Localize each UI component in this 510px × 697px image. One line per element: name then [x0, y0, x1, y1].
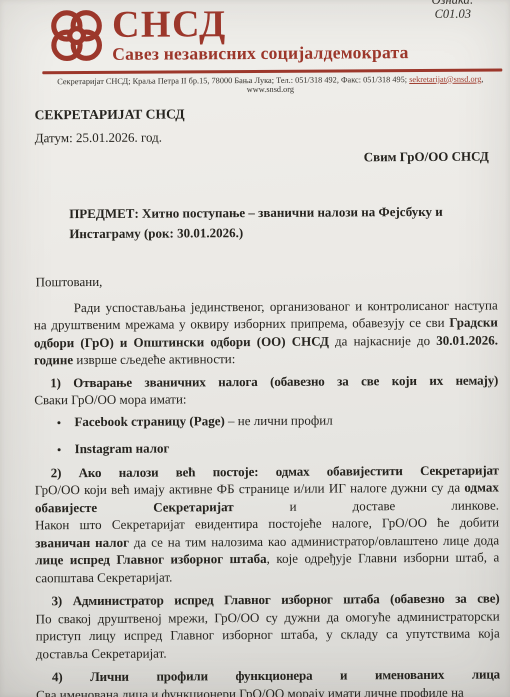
snsd-flower-logo-icon — [48, 7, 105, 64]
section-2-paragraph-2: Након што Секретаријат евидентира постој… — [35, 514, 499, 587]
intro-paragraph: Ради успостављања јединственог, организо… — [34, 296, 498, 369]
list-item-instagram-account: Instagram налог — [71, 438, 499, 458]
date-line: Датум: 25.01.2026. год. — [35, 127, 509, 147]
reference-value: С01.03 — [432, 7, 474, 21]
reference-code: Ознака: С01.03 — [432, 0, 474, 21]
contact-text-suffix: , — [481, 74, 483, 83]
recipient-line: Свим ГрО/ОО СНСД — [0, 147, 489, 167]
letter-sheet: Ознака: С01.03 СНСД Савез независних соц… — [0, 0, 510, 697]
department-title: СЕКРЕТАРИЈАТ СНСД — [35, 103, 509, 123]
list-item-facebook-page: Facebook страницу (Page) – не лични проф… — [70, 410, 498, 430]
salutation: Поштовани, — [36, 271, 510, 291]
required-accounts-list: Facebook страницу (Page) – не лични проф… — [34, 410, 498, 458]
header-divider — [42, 68, 502, 73]
section-4-paragraph: Сва именована лица и функционери ГрО/ОО … — [36, 683, 500, 697]
org-acronym: СНСД — [112, 5, 409, 43]
subject-line: ПРЕДМЕТ: Хитно поступање – званични нало… — [69, 202, 471, 243]
letterhead-text: СНСД Савез независних социјалдемократа — [112, 5, 409, 64]
section-1-heading: 1) Отварање званичних налога (обавезно з… — [34, 371, 498, 391]
org-full-name: Савез независних социјалдемократа — [112, 43, 408, 64]
section-2-paragraph-1: ГрО/ОО који већ имају активне ФБ страниц… — [35, 479, 499, 517]
section-3-paragraph: По свакој друштвеној мрежи, ГрО/ОО су ду… — [36, 607, 500, 662]
section-1-lead: Сваки ГрО/ОО мора имати: — [34, 389, 498, 409]
email-link[interactable]: sekretarijat@snsd.org — [409, 74, 481, 83]
contact-line: Секретаријат СНСД; Краља Петра II бр.15,… — [40, 74, 500, 96]
contact-text: Секретаријат СНСД; Краља Петра II бр.15,… — [57, 75, 409, 86]
scanned-letter-page: Ознака: С01.03 СНСД Савез независних соц… — [0, 0, 510, 697]
